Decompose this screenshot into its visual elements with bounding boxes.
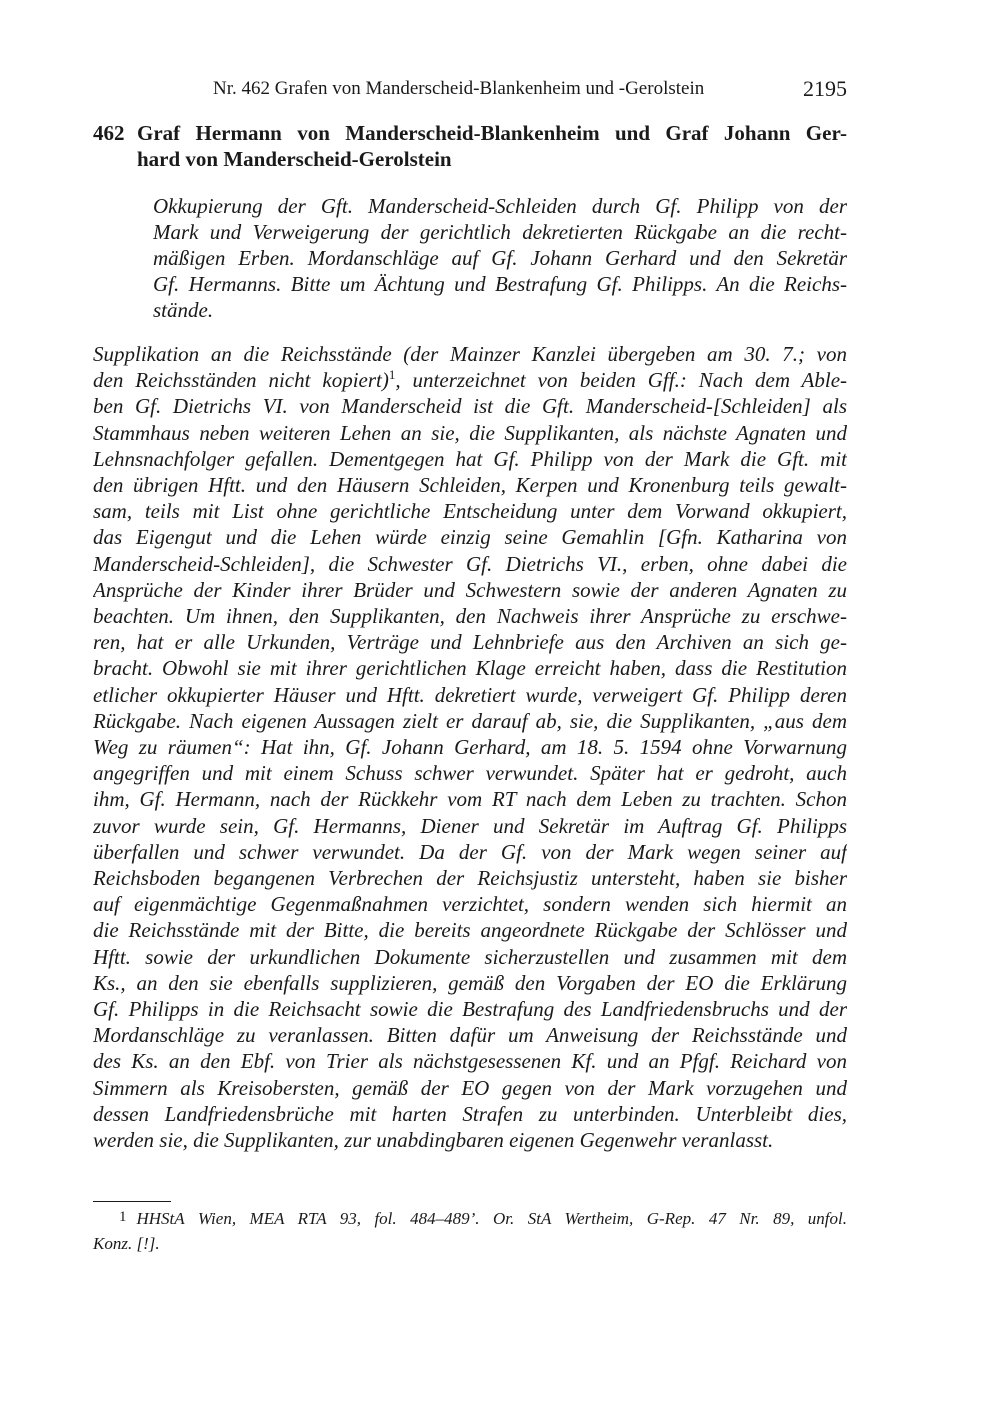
footnote-item: 1HHStA Wien, MEA RTA 93, fol. 484–489’. … xyxy=(93,1207,847,1255)
body-line: Gf. Philipps in die Reichsacht sowie die… xyxy=(93,996,847,1022)
body-line: bracht. Obwohl sie mit ihrer gerichtlich… xyxy=(93,655,847,681)
body-line: Hftt. sowie der urkundlichen Dokumente s… xyxy=(93,944,847,970)
body-line: Simmern als Kreisobersten, gemäß der EO … xyxy=(93,1075,847,1101)
body-line: Rückgabe. Nach eigenen Aussagen zielt er… xyxy=(93,708,847,734)
body-line: Lehnsnachfolger gefallen. Dementgegen ha… xyxy=(93,446,847,472)
body-line: ihm, Gf. Hermann, nach der Rückkehr vom … xyxy=(93,786,847,812)
body-paragraph: Supplikation an die Reichsstände (der Ma… xyxy=(93,341,847,1153)
body-line: dessen Landfriedensbrüche mit harten Str… xyxy=(93,1101,847,1127)
document-page: Nr. 462 Grafen von Manderscheid-Blankenh… xyxy=(0,0,1004,1418)
body-line: den Reichsständen nicht kopiert)1, unter… xyxy=(93,367,847,393)
summary-line: stände. xyxy=(153,297,847,323)
body-line: Ks., an den sie ebenfalls supplizieren, … xyxy=(93,970,847,996)
running-header-title: Nr. 462 Grafen von Manderscheid-Blankenh… xyxy=(213,78,704,100)
summary-line: Okkupierung der Gft. Manderscheid-Schlei… xyxy=(153,193,847,219)
title-line: hard von Manderscheid-Gerolstein xyxy=(137,146,847,172)
body-line: Ansprüche der Kinder ihrer Brüder und Sc… xyxy=(93,577,847,603)
footnote-line: Konz. [!]. xyxy=(93,1232,847,1255)
body-line: Reichsboden begangenen Verbrechen der Re… xyxy=(93,865,847,891)
page-number: 2195 xyxy=(803,76,847,102)
body-text-segment: den Reichsständen nicht kopiert) xyxy=(93,368,389,392)
body-line: den übrigen Hftt. und den Häusern Schlei… xyxy=(93,472,847,498)
body-line: Manderscheid-Schleiden], die Schwester G… xyxy=(93,551,847,577)
summary-line: Gf. Hermanns. Bitte um Ächtung und Bestr… xyxy=(153,271,847,297)
body-line: die Reichsstände mit der Bitte, die bere… xyxy=(93,917,847,943)
body-line: zuvor wurde sein, Gf. Hermanns, Diener u… xyxy=(93,813,847,839)
body-line: ben Gf. Dietrichs VI. von Manderscheid i… xyxy=(93,393,847,419)
footnotes: 1HHStA Wien, MEA RTA 93, fol. 484–489’. … xyxy=(93,1207,847,1255)
footnote-number: 1 xyxy=(119,1209,127,1225)
footnote-text: HHStA Wien, MEA RTA 93, fol. 484–489’. O… xyxy=(137,1209,848,1228)
body-line: auf eigenmächtige Gegenmaßnahmen verzich… xyxy=(93,891,847,917)
body-line: werden sie, die Supplikanten, zur unabdi… xyxy=(93,1127,847,1153)
document-summary: Okkupierung der Gft. Manderscheid-Schlei… xyxy=(153,193,847,323)
body-line: überfallen und schwer verwundet. Da der … xyxy=(93,839,847,865)
body-line: Mordanschläge zu veranlassen. Bitten daf… xyxy=(93,1022,847,1048)
body-line: sam, teils mit List ohne gerichtliche En… xyxy=(93,498,847,524)
body-line: angegriffen und mit einem Schuss schwer … xyxy=(93,760,847,786)
footnote-divider xyxy=(93,1201,171,1202)
body-line: Supplikation an die Reichsstände (der Ma… xyxy=(93,341,847,367)
title-line: Graf Hermann von Manderscheid-Blankenhei… xyxy=(137,120,847,146)
summary-line: Mark und Verweigerung der gerichtlich de… xyxy=(153,219,847,245)
body-line: Stammhaus neben weiteren Lehen an sie, d… xyxy=(93,420,847,446)
body-text-segment: , unterzeichnet von beiden Gff.: Nach de… xyxy=(395,368,847,392)
body-line: Weg zu räumen“: Hat ihn, Gf. Johann Gerh… xyxy=(93,734,847,760)
body-line: des Ks. an den Ebf. von Trier als nächst… xyxy=(93,1048,847,1074)
footnote-line: 1HHStA Wien, MEA RTA 93, fol. 484–489’. … xyxy=(93,1207,847,1232)
document-title: Graf Hermann von Manderscheid-Blankenhei… xyxy=(137,120,847,172)
body-line: das Eigengut und die Lehen würde einzig … xyxy=(93,524,847,550)
body-line: ren, hat er alle Urkunden, Verträge und … xyxy=(93,629,847,655)
body-line: beachten. Um ihnen, den Supplikanten, de… xyxy=(93,603,847,629)
body-line: etlicher okkupierter Häuser und Hftt. de… xyxy=(93,682,847,708)
running-header: Nr. 462 Grafen von Manderscheid-Blankenh… xyxy=(213,78,847,104)
summary-line: mäßigen Erben. Mordanschläge auf Gf. Joh… xyxy=(153,245,847,271)
document-number: 462 xyxy=(93,120,125,146)
